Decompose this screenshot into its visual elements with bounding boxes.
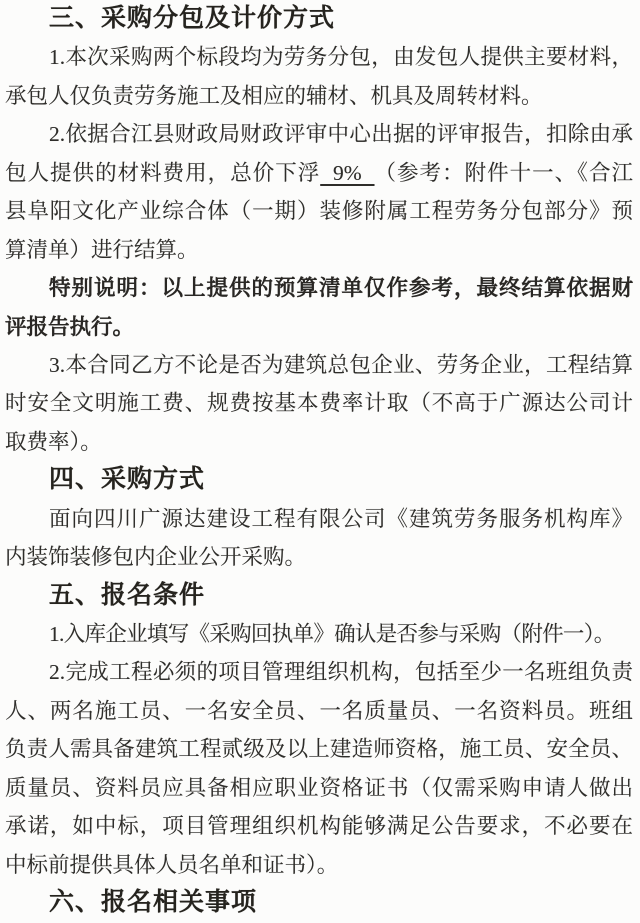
paragraph-fee-rates: 3.本合同乙方不论是否为建筑总包企业、劳务企业，工程结算 时安全文明施工费、规费… [5, 346, 633, 461]
text-line: 承诺，如中标，项目管理组织机构能够满足公告要求，不必要在 [5, 807, 633, 845]
discount-text-after: （参考：附件十一、《合江 [375, 161, 633, 185]
paragraph-receipt-confirmation: 1.入库企业填写《采购回执单》确认是否参与采购（附件一）。 [5, 615, 633, 653]
section-heading-procurement-subcontract: 三、采购分包及计价方式 [5, 0, 633, 38]
text-line-discount: 包人提供的材料费用，总价下浮 9% （参考：附件十一、《合江 [5, 154, 633, 192]
paragraph-labor-subcontract: 1.本次采购两个标段均为劳务分包，由发包人提供主要材料， 承包人仅负责劳务施工及… [5, 38, 633, 115]
text-line: 算清单）进行结算。 [5, 231, 633, 269]
text-line: 取费率）。 [5, 423, 633, 461]
paragraph-procurement-method: 面向四川广源达建设工程有限公司《建筑劳务服务机构库》 内装饰装修包内企业公开采购… [5, 500, 633, 577]
text-line: 1.入库企业填写《采购回执单》确认是否参与采购（附件一）。 [5, 615, 633, 653]
text-line: 特别说明：以上提供的预算清单仅作参考，最终结算依据财 [5, 269, 633, 307]
text-line: 2.完成工程必须的项目管理组织机构，包括至少一名班组负责 [5, 653, 633, 691]
paragraph-project-organization: 2.完成工程必须的项目管理组织机构，包括至少一名班组负责 人、两名施工员、一名安… [5, 653, 633, 884]
section-heading-registration-matters: 六、报名相关事项 [5, 884, 633, 922]
paragraph-special-note: 特别说明：以上提供的预算清单仅作参考，最终结算依据财 评报告执行。 [5, 269, 633, 346]
text-line: 人、两名施工员、一名安全员、一名质量员、一名资料员。班组 [5, 692, 633, 730]
text-line: 内装饰装修包内企业公开采购。 [5, 538, 633, 576]
discount-rate-value: 9% [320, 161, 374, 185]
text-line: 中标前提供具体人员名单和证书）。 [5, 846, 633, 884]
section-heading-procurement-method: 四、采购方式 [5, 461, 633, 499]
text-line: 承包人仅负责劳务施工及相应的辅材、机具及周转材料。 [5, 77, 633, 115]
text-line: 县阜阳文化产业综合体（一期）装修附属工程劳务分包部分》预 [5, 192, 633, 230]
text-line: 2.依据合江县财政局财政评审中心出据的评审报告，扣除由承 [5, 115, 633, 153]
text-line: 3.本合同乙方不论是否为建筑总包企业、劳务企业，工程结算 [5, 346, 633, 384]
text-line: 质量员、资料员应具备相应职业资格证书（仅需采购申请人做出 [5, 769, 633, 807]
discount-text-before: 包人提供的材料费用，总价下浮 [5, 161, 320, 185]
paragraph-settlement-basis: 2.依据合江县财政局财政评审中心出据的评审报告，扣除由承 包人提供的材料费用，总… [5, 115, 633, 269]
text-line: 时安全文明施工费、规费按基本费率计取（不高于广源达公司计 [5, 384, 633, 422]
scanned-document-page: 三、采购分包及计价方式 1.本次采购两个标段均为劳务分包，由发包人提供主要材料，… [5, 0, 633, 923]
text-line: 评报告执行。 [5, 308, 633, 346]
section-heading-registration-conditions: 五、报名条件 [5, 577, 633, 615]
text-line: 1.本次采购两个标段均为劳务分包，由发包人提供主要材料， [5, 38, 633, 76]
text-line: 面向四川广源达建设工程有限公司《建筑劳务服务机构库》 [5, 500, 633, 538]
text-line: 负责人需具备建筑工程贰级及以上建造师资格，施工员、安全员、 [5, 730, 633, 768]
